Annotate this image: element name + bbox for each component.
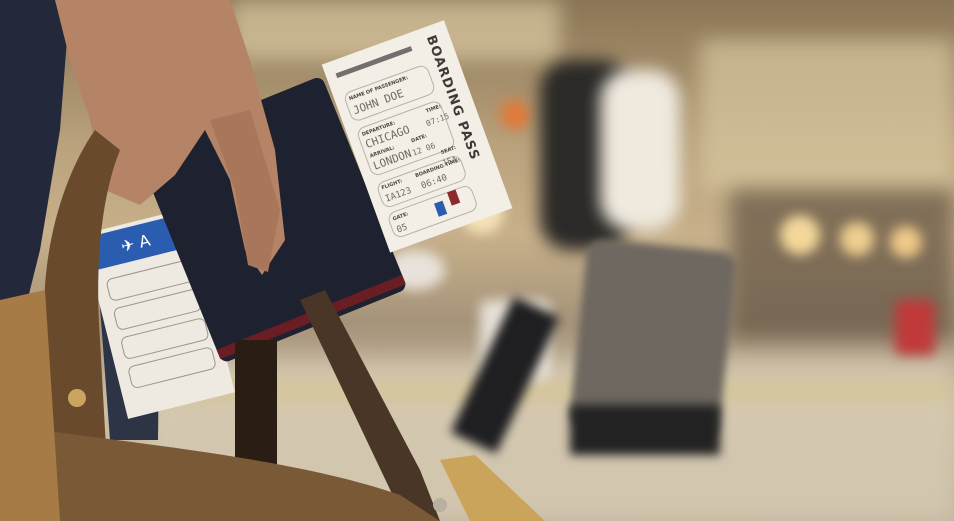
bag-rivet bbox=[68, 389, 86, 407]
foreground-layer: ✈ A NAME OF PASSENGER: JOHN DOE DEPARTUR… bbox=[0, 0, 954, 521]
airport-photo: ✈ A NAME OF PASSENGER: JOHN DOE DEPARTUR… bbox=[0, 0, 954, 521]
bag-strap-stitched bbox=[440, 455, 545, 521]
bag-rivet bbox=[433, 498, 447, 512]
bag-handle bbox=[235, 340, 277, 475]
